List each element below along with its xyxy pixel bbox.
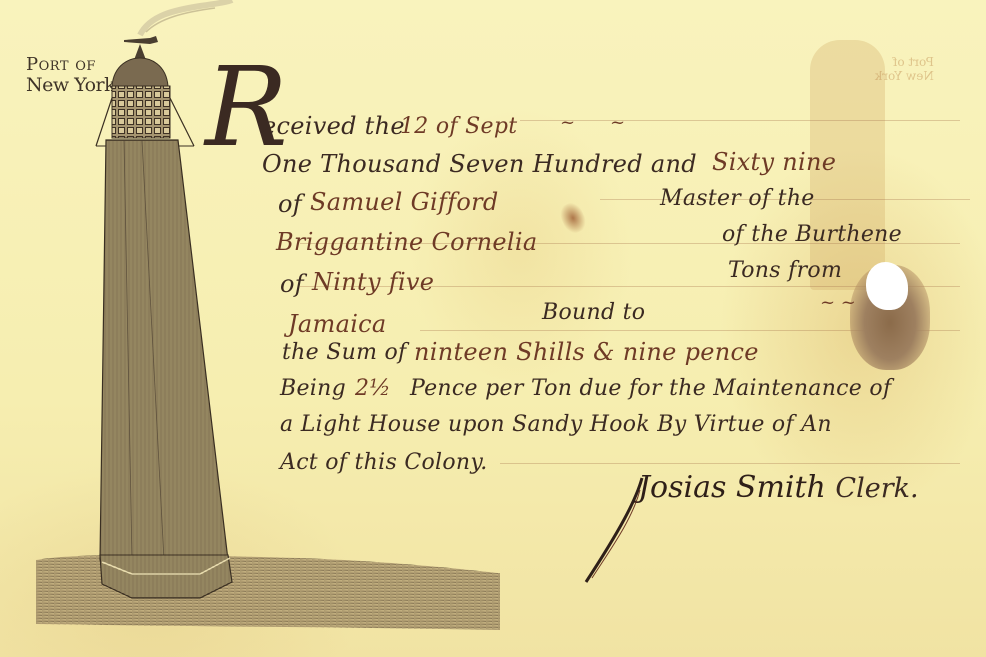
rule-line: [500, 463, 960, 464]
filler-mark: ~: [560, 112, 575, 133]
line-1-printed: eceived the: [262, 112, 405, 140]
origin-port: Jamaica: [288, 310, 387, 338]
line-9-printed: a Light House upon Sandy Hook By Virtue …: [280, 412, 832, 437]
line-3-of: of: [278, 190, 302, 218]
rate-per-ton: 2½: [355, 376, 391, 401]
signature-name: Josias Smith: [638, 470, 826, 505]
clerk-signature: Josias Smith Clerk.: [638, 470, 919, 505]
rule-line: [520, 120, 960, 121]
line-5-printed: Tons from: [728, 258, 842, 283]
line-7-printed: the Sum of: [282, 340, 407, 365]
line-2-printed: One Thousand Seven Hundred and: [262, 150, 697, 178]
ink-blot: [557, 200, 590, 236]
show-through-imprint: Port ofNew York: [875, 55, 934, 84]
filler-mark: ~ ~: [820, 292, 856, 313]
line-8-printed: Pence per Ton due for the Maintenance of: [410, 376, 891, 401]
master-name: Samuel Gifford: [310, 188, 499, 216]
paper-hole: [866, 262, 908, 310]
duty-amount: ninteen Shills & nine pence: [414, 338, 759, 366]
decorative-initial: R: [205, 52, 288, 162]
line-8-being: Being: [280, 376, 346, 401]
signature-flourish-icon: [580, 470, 660, 590]
receipt-document: Port ofNew York Port of New York: [0, 0, 986, 657]
vessel-name: Briggantine Cornelia: [276, 228, 538, 256]
line-4-printed: of the Burthene: [722, 222, 902, 247]
tonnage: Ninty five: [312, 268, 434, 296]
line-6-printed: Bound to: [542, 300, 645, 325]
line-1-date: 12 of Sept: [400, 114, 517, 139]
line-5-of: of: [280, 270, 304, 298]
line-3-printed: Master of the: [660, 186, 815, 211]
line-2-year: Sixty nine: [712, 148, 836, 176]
filler-mark: ~: [610, 112, 625, 133]
line-10-printed: Act of this Colony.: [280, 450, 487, 475]
signature-title: Clerk.: [835, 473, 918, 504]
